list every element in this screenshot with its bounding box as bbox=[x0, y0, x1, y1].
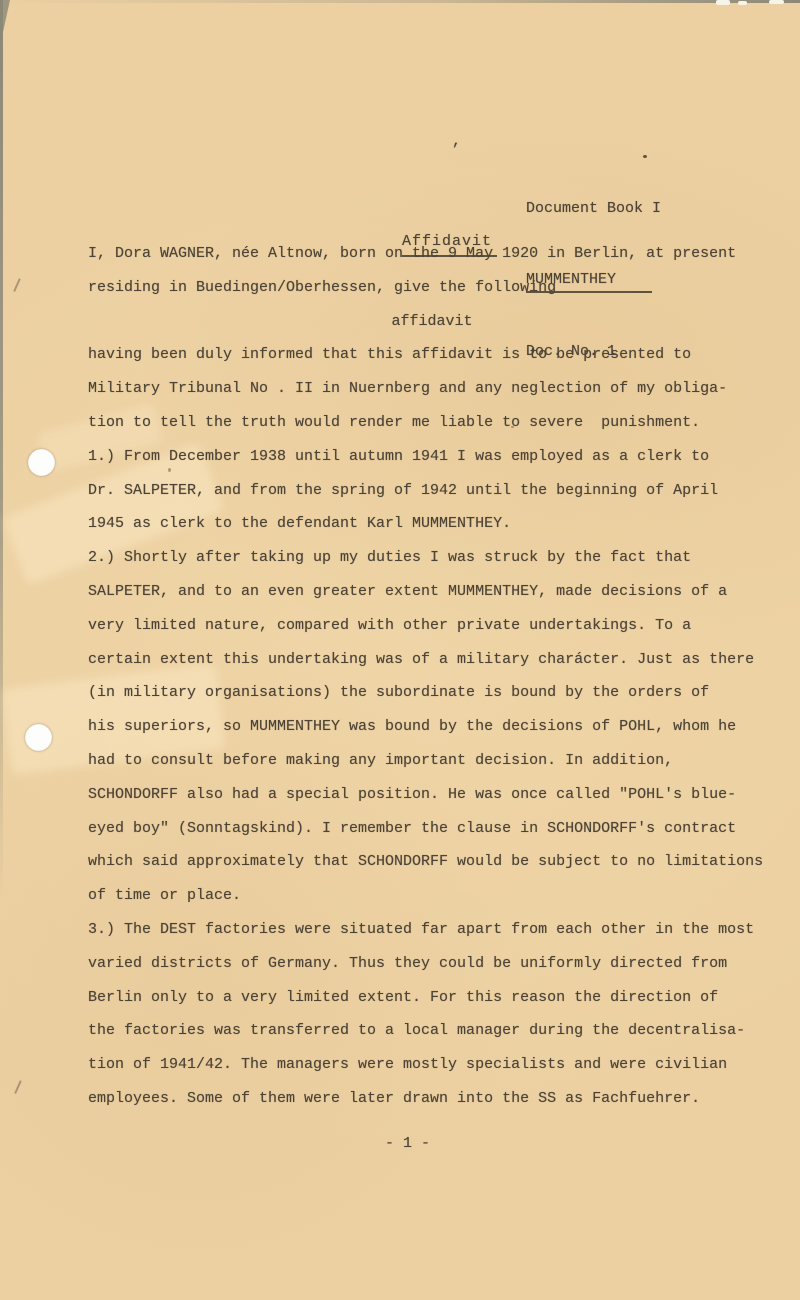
document-line: 3.) The DEST factories were situated far… bbox=[88, 913, 776, 947]
scan-edge-top bbox=[0, 0, 800, 3]
document-line: had to consult before making any importa… bbox=[88, 744, 776, 778]
document-line: affidavit bbox=[88, 305, 776, 339]
document-line: tion to tell the truth would render me l… bbox=[88, 406, 776, 440]
document-line: 1945 as clerk to the defendant Karl MUMM… bbox=[88, 507, 776, 541]
document-line: Military Tribunal No . II in Nuernberg a… bbox=[88, 372, 776, 406]
punch-hole-bottom bbox=[25, 724, 52, 751]
stray-mark: , bbox=[452, 134, 461, 149]
document-line: of time or place. bbox=[88, 879, 776, 913]
document-line: I, Dora WAGNER, née Altnow, born on the … bbox=[88, 237, 776, 271]
document-book-label: Document Book I bbox=[526, 197, 661, 221]
document-line: which said approximately that SCHONDORFF… bbox=[88, 845, 776, 879]
scan-fleck bbox=[716, 0, 730, 5]
punch-hole-top bbox=[28, 449, 55, 476]
scan-fleck bbox=[738, 1, 747, 5]
document-line: having been duly informed that this affi… bbox=[88, 338, 776, 372]
document-line: SALPETER, and to an even greater extent … bbox=[88, 575, 776, 609]
document-line: tion of 1941/42. The managers were mostl… bbox=[88, 1048, 776, 1082]
document-line: his superiors, so MUMMENTHEY was bound b… bbox=[88, 710, 776, 744]
document-line: 1.) From December 1938 until autumn 1941… bbox=[88, 440, 776, 474]
document-line: residing in Buedingen/Oberhessen, give t… bbox=[88, 271, 776, 305]
pencil-mark bbox=[13, 278, 20, 291]
document-line: varied districts of Germany. Thus they c… bbox=[88, 947, 776, 981]
scan-fleck bbox=[769, 0, 784, 4]
document-line: the factories was transferred to a local… bbox=[88, 1014, 776, 1048]
pencil-mark bbox=[14, 1080, 21, 1093]
scanned-affidavit-page: , Document Book I MUMMENTHEY Doc. No. 1 … bbox=[0, 0, 800, 1300]
document-line: 2.) Shortly after taking up my duties I … bbox=[88, 541, 776, 575]
document-line: eyed boy" (Sonntagskind). I remember the… bbox=[88, 812, 776, 846]
document-line: (in military organisations) the subordin… bbox=[88, 676, 776, 710]
page-number: - 1 - bbox=[385, 1127, 430, 1161]
scan-edge-left bbox=[0, 0, 3, 900]
document-line: very limited nature, compared with other… bbox=[88, 609, 776, 643]
document-line: Dr. SALPETER, and from the spring of 194… bbox=[88, 474, 776, 508]
document-body: I, Dora WAGNER, née Altnow, born on the … bbox=[88, 237, 776, 1116]
document-line: employees. Some of them were later drawn… bbox=[88, 1082, 776, 1116]
document-line: certain extent this undertaking was of a… bbox=[88, 643, 776, 677]
document-line: SCHONDORFF also had a special position. … bbox=[88, 778, 776, 812]
document-line: Berlin only to a very limited extent. Fo… bbox=[88, 981, 776, 1015]
